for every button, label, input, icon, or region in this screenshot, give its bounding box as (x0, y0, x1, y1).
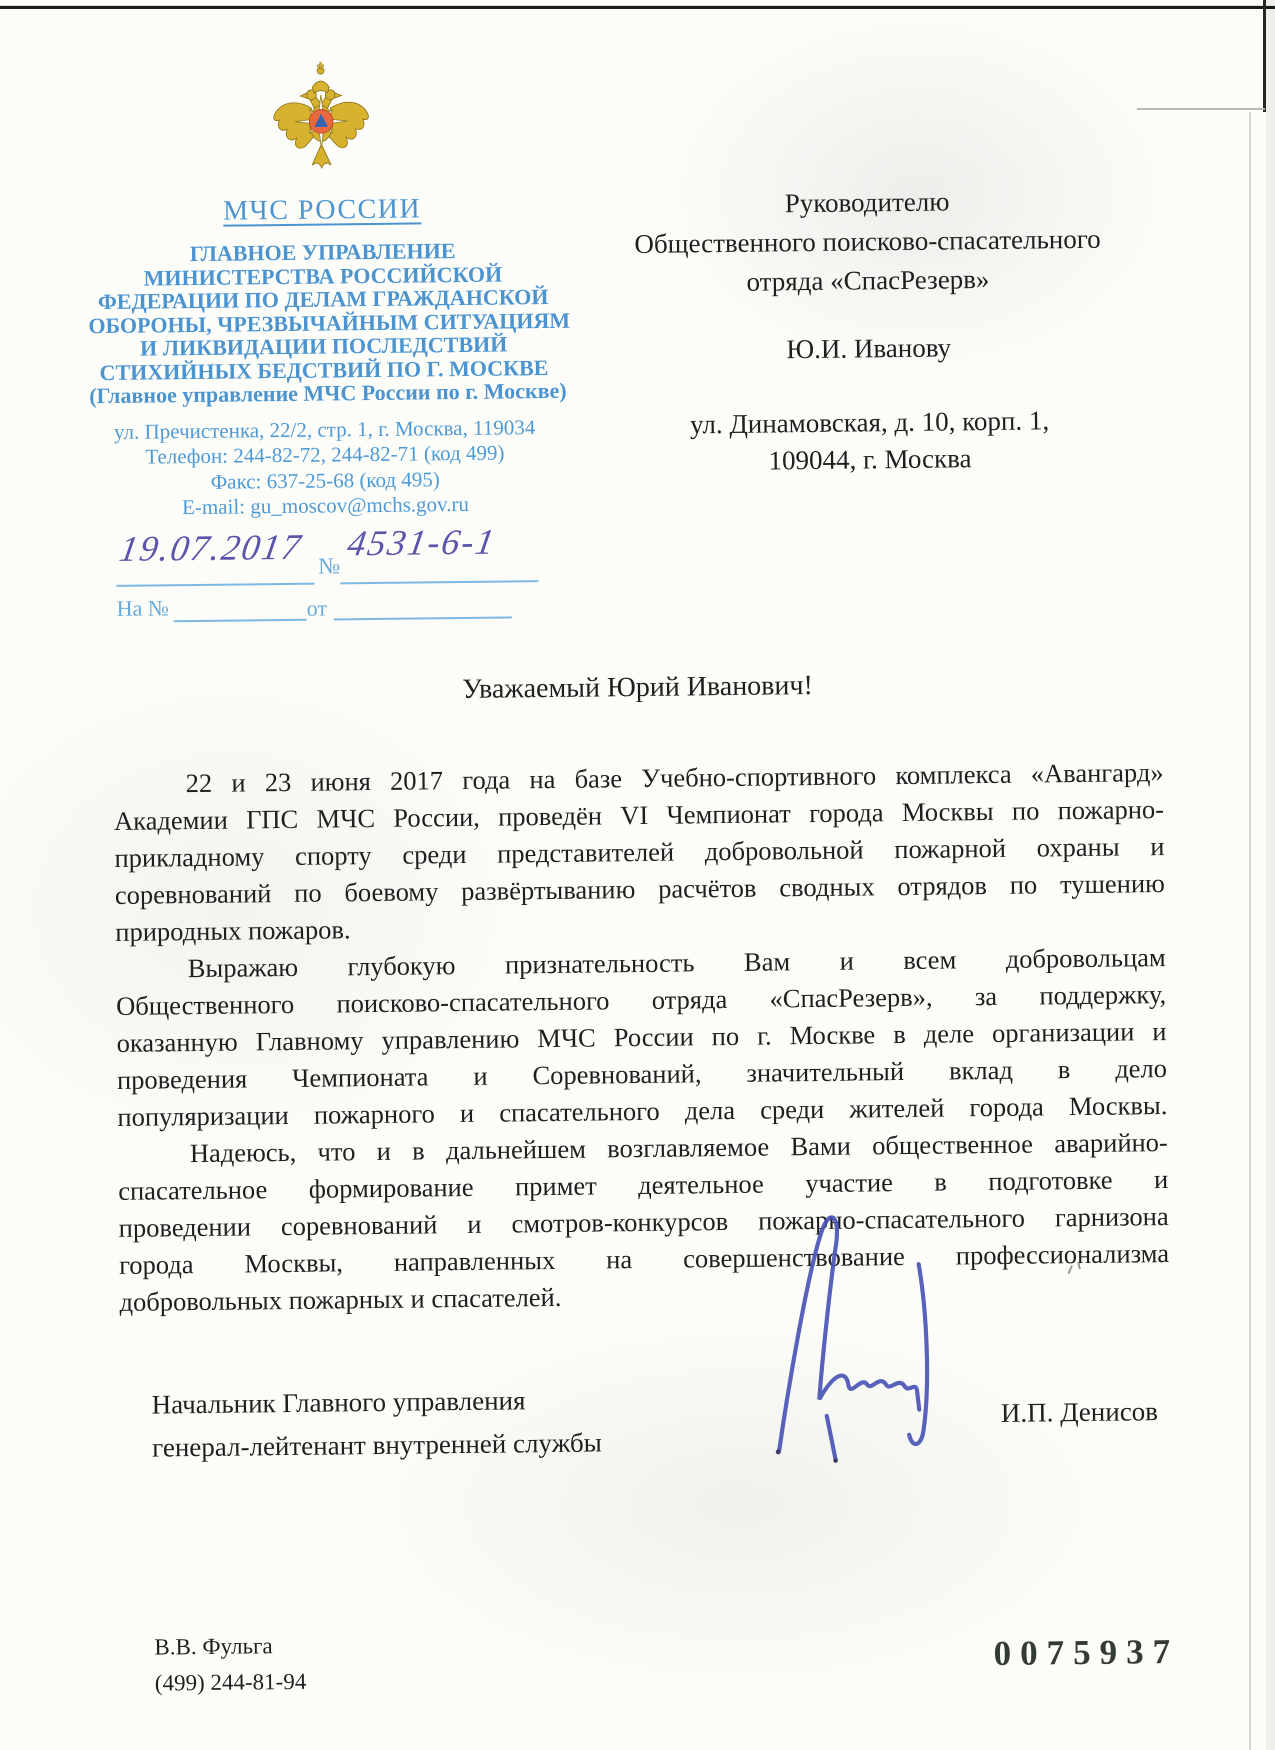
org-email-line: E-mail: gu_moscov@mchs.gov.ru (90, 491, 560, 522)
mchs-emblem-icon (263, 55, 378, 182)
pencil-mark (1067, 1263, 1085, 1279)
ref-number-handwritten: 4531-6-1 (344, 521, 499, 565)
recipient-role-line: Общественного поисково-спасательного (572, 219, 1162, 265)
ref-date-underline (116, 583, 314, 587)
form-registration-number: 0075937 (993, 1632, 1179, 1674)
agency-title: МЧС РОССИИ (87, 192, 557, 229)
executor-name: В.В. Фульга (154, 1628, 306, 1666)
number-sign-label: № (318, 553, 340, 579)
org-name-block: ГЛАВНОЕ УПРАВЛЕНИЕ МИНИСТЕРСТВА РОССИЙСК… (88, 238, 560, 408)
reply-number-underline (174, 619, 307, 622)
executor-block: В.В. Фульга (499) 244-81-94 (154, 1628, 306, 1702)
recipient-address-block: ул. Динамовская, д. 10, корп. 1, 109044,… (574, 401, 1165, 482)
salutation: Уважаемый Юрий Иванович! (112, 666, 1162, 710)
signature-mark-icon (759, 1206, 977, 1468)
letter-body: 22 и 23 июня 2017 года на базе Учебно-сп… (113, 754, 1169, 1321)
ref-number-underline (340, 580, 538, 584)
signatory-name: И.П. Денисов (1001, 1396, 1201, 1429)
reply-number-label: На № (117, 595, 169, 622)
recipient-role-line: отряда «СпасРезерв» (573, 258, 1163, 304)
org-address-block: ул. Пречистенка, 22/2, стр. 1, г. Москва… (90, 414, 561, 521)
org-phone-line: Телефон: 244-82-72, 244-82-71 (код 499) (90, 440, 560, 471)
reply-date-label: от (307, 596, 328, 622)
letterhead: МЧС РОССИИ ГЛАВНОЕ УПРАВЛЕНИЕ МИНИСТЕРСТ… (85, 53, 560, 522)
executor-phone: (499) 244-81-94 (155, 1664, 307, 1702)
org-short-name-line: (Главное управление МЧС России по г. Мос… (89, 379, 559, 408)
letter-content: МЧС РОССИИ ГЛАВНОЕ УПРАВЛЕНИЕ МИНИСТЕРСТ… (0, 0, 1275, 1750)
scanned-letter-page: МЧС РОССИИ ГЛАВНОЕ УПРАВЛЕНИЕ МИНИСТЕРСТ… (0, 0, 1275, 1750)
reply-date-underline (334, 616, 512, 620)
reference-block: 19.07.2017 № 4531-6-1 На № от (116, 523, 557, 638)
signatory-position-block: Начальник Главного управления генерал-ле… (151, 1378, 602, 1469)
mchs-emblem-graphic (263, 55, 378, 182)
ref-date-handwritten: 19.07.2017 (117, 526, 306, 570)
recipient-role-line: Руководителю (572, 180, 1162, 226)
signatory-position-line: Начальник Главного управления (151, 1378, 601, 1426)
signatory-position-line: генерал-лейтенант внутренней службы (152, 1421, 602, 1469)
recipient-address-line: 109044, г. Москва (575, 438, 1165, 482)
recipient-name: Ю.И. Иванову (574, 326, 1164, 372)
recipient-block: Руководителю Общественного поисково-спас… (572, 180, 1165, 482)
